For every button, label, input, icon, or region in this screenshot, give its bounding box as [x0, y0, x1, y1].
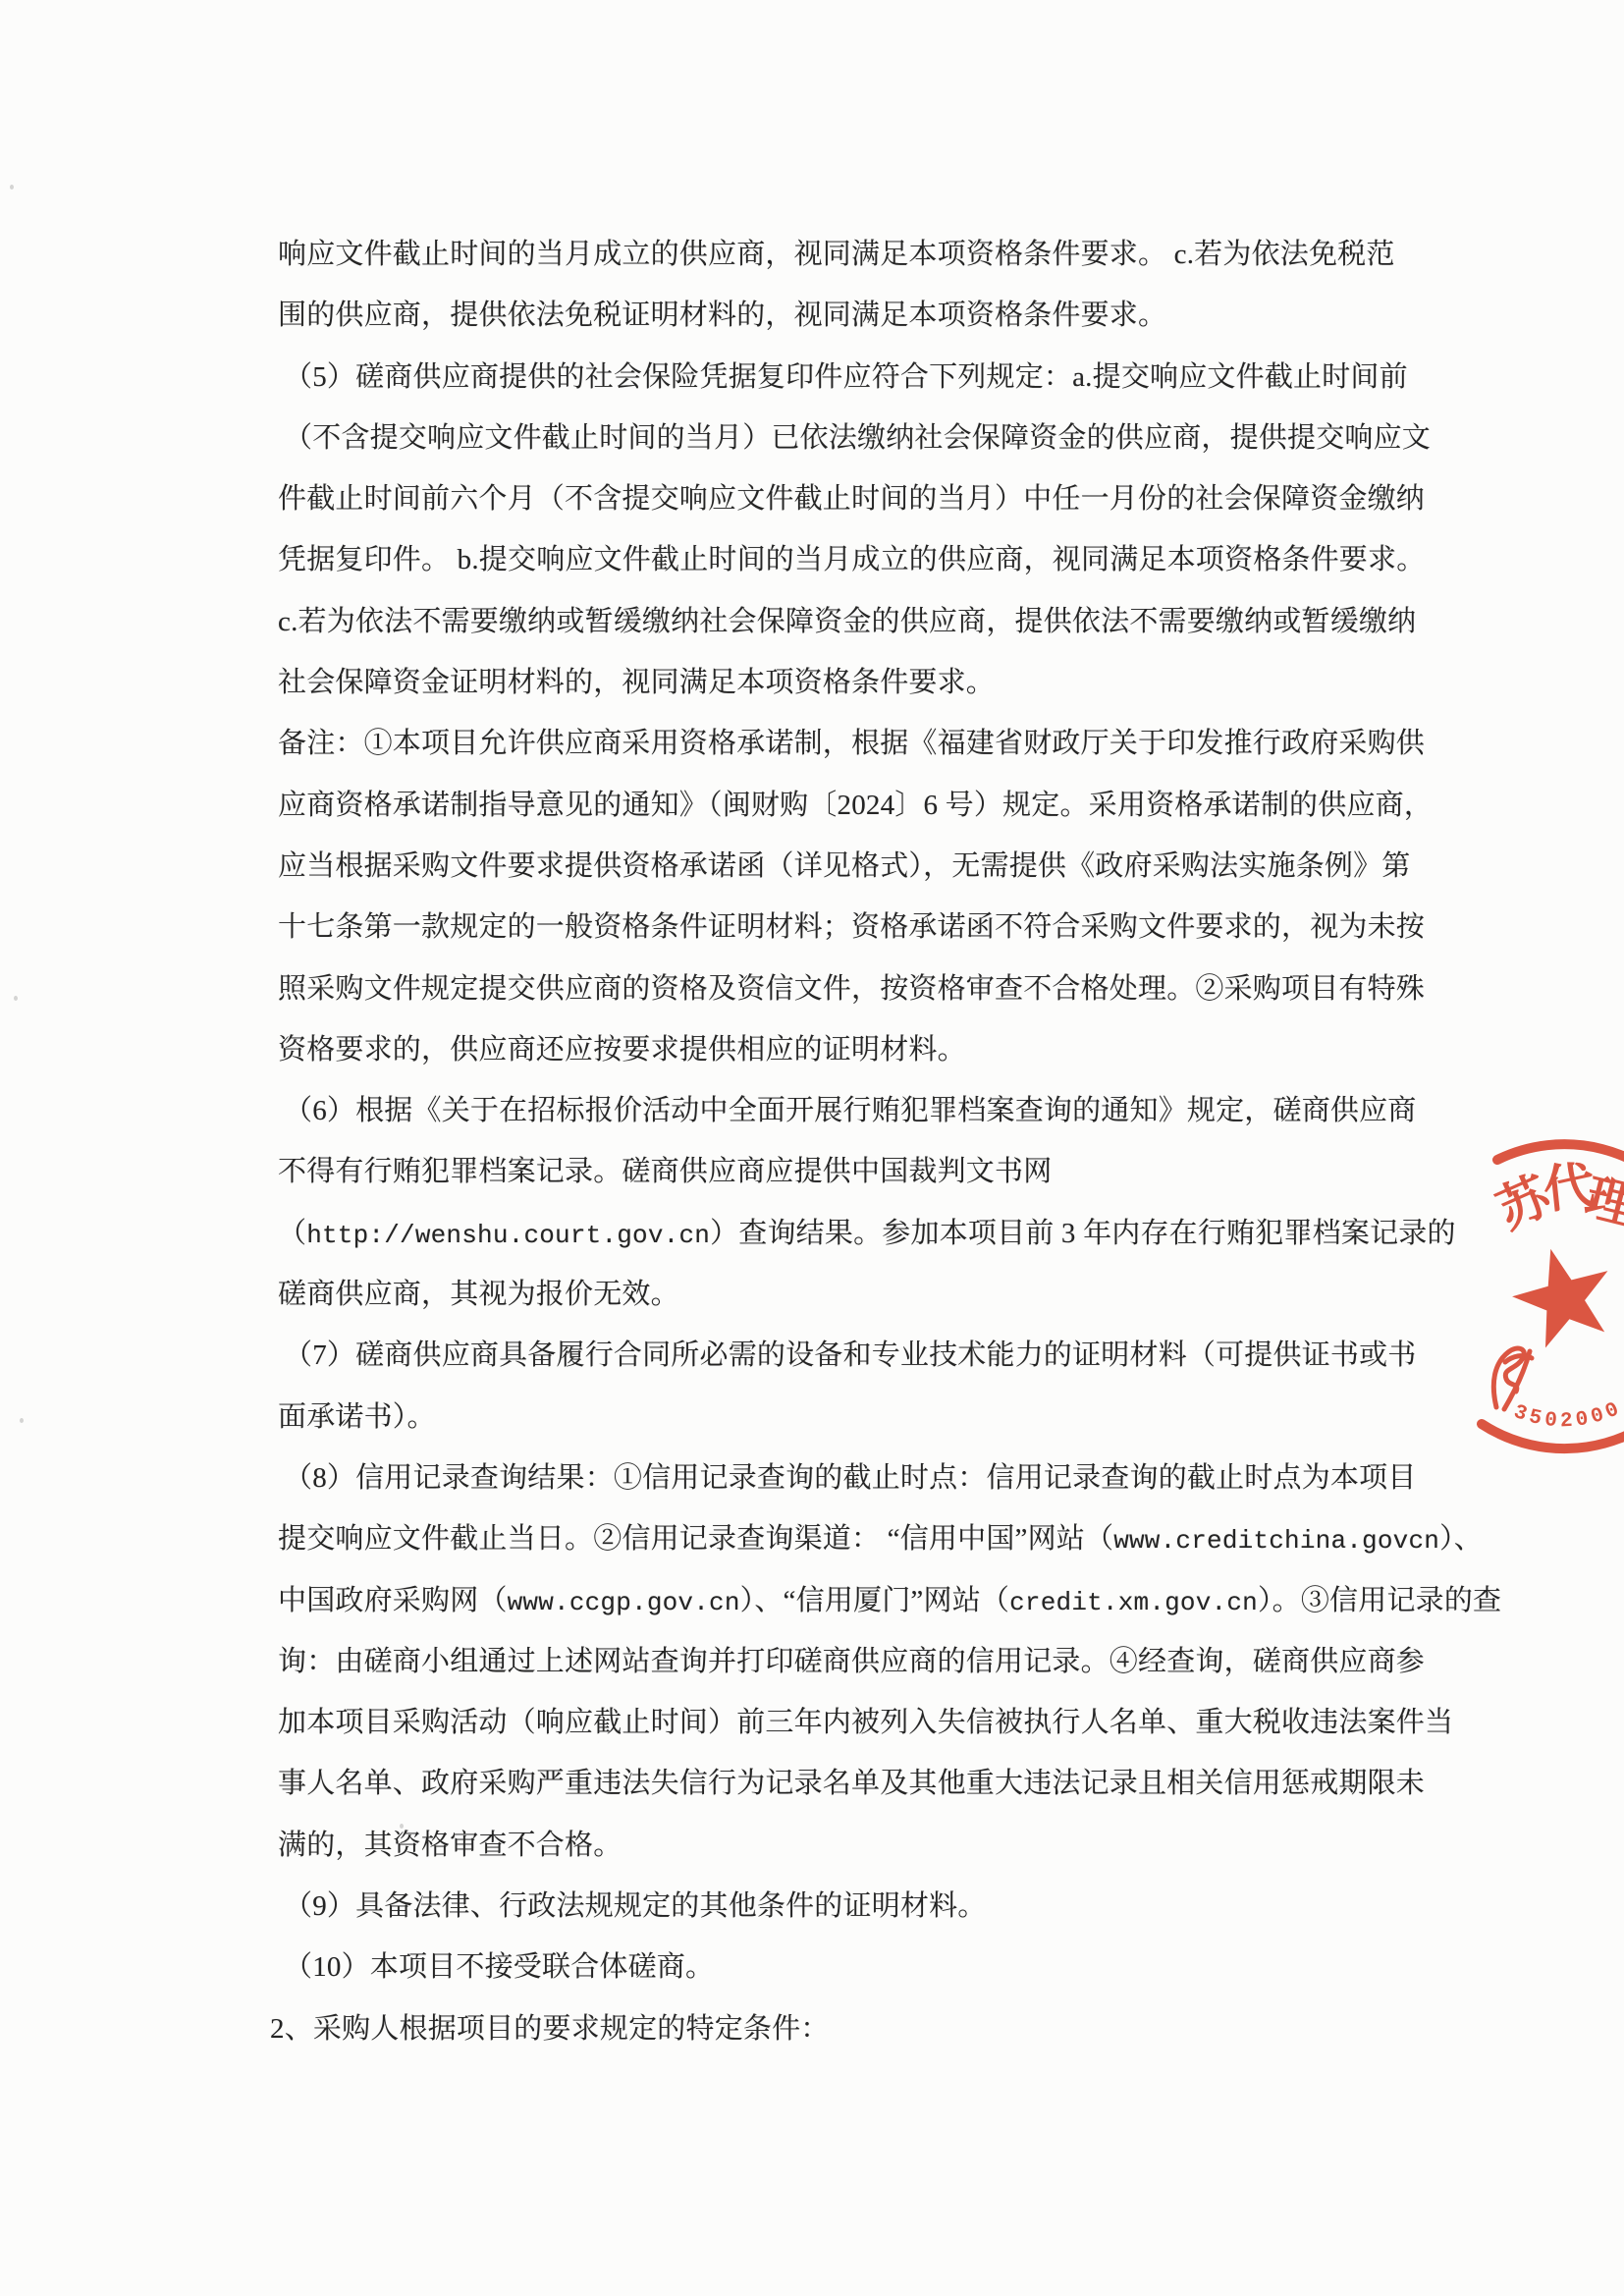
text-line: （7）磋商供应商具备履行合同所必需的设备和专业技术能力的证明材料（可提供证书或书 — [284, 1325, 1466, 1386]
text-line: 应当根据采购文件要求提供资格承诺函（详见格式），无需提供《政府采购法实施条例》第 — [278, 836, 1466, 897]
text-segment-url: www.ccgp.gov.cn — [508, 1588, 740, 1617]
text-segment: 响应文件截止时间的当月成立的供应商，视同满足本项资格条件要求。 c.若为依法免税… — [278, 239, 1395, 270]
text-segment: （10）本项目不接受联合体磋商。 — [284, 1951, 714, 1983]
seal-star-icon — [1503, 1236, 1623, 1353]
text-segment: 询：由磋商小组通过上述网站查询并打印磋商供应商的信用记录。④经查询，磋商供应商参 — [278, 1646, 1425, 1677]
scan-speck — [14, 996, 18, 1001]
seal-serial-number: 3502000 — [1510, 1397, 1624, 1434]
text-segment: 应商资格承诺制指导意见的通知》（闽财购〔2024〕6 号）规定。采用资格承诺制的… — [278, 790, 1433, 821]
text-line: （http://wenshu.court.gov.cn）查询结果。参加本项目前 … — [278, 1203, 1466, 1264]
text-line: 加本项目采购活动（响应截止时间）前三年内被列入失信被执行人名单、重大税收违法案件… — [278, 1692, 1466, 1753]
text-segment: （ — [278, 1218, 306, 1249]
text-segment: 提交响应文件截止当日。②信用记录查询渠道： “信用中国”网站（ — [278, 1523, 1113, 1555]
text-line: 凭据复印件。 b.提交响应文件截止时间的当月成立的供应商，视同满足本项资格条件要… — [278, 529, 1466, 590]
text-line: 响应文件截止时间的当月成立的供应商，视同满足本项资格条件要求。 c.若为依法免税… — [278, 224, 1466, 285]
text-segment: （8）信用记录查询结果：①信用记录查询的截止时点：信用记录查询的截止时点为本项目 — [284, 1462, 1417, 1494]
text-line: 2、采购人根据项目的要求规定的特定条件： — [270, 1998, 1466, 2059]
text-segment: ）。③信用记录的查 — [1258, 1585, 1501, 1616]
seal-cursive-mark — [1493, 1348, 1532, 1409]
text-line: 资格要求的，供应商还应按要求提供相应的证明材料。 — [278, 1019, 1466, 1080]
text-line: 件截止时间前六个月（不含提交响应文件截止时间的当月）中任一月份的社会保障资金缴纳 — [278, 468, 1466, 529]
text-segment-url: http://wenshu.court.gov.cn — [306, 1221, 710, 1250]
text-segment: 中国政府采购网（ — [278, 1585, 508, 1616]
text-line: （10）本项目不接受联合体磋商。 — [284, 1937, 1466, 1997]
text-segment: 磋商供应商，其视为报价无效。 — [278, 1279, 679, 1310]
text-segment: 事人名单、政府采购严重违法失信行为记录名单及其他重大违法记录且相关信用惩戒期限未 — [278, 1768, 1425, 1799]
text-segment: 满的，其资格审查不合格。 — [278, 1830, 622, 1861]
text-line: 面承诺书）。 — [278, 1387, 1466, 1448]
text-segment: 凭据复印件。 b.提交响应文件截止时间的当月成立的供应商，视同满足本项资格条件要… — [278, 544, 1425, 575]
text-segment: 备注：①本项目允许供应商采用资格承诺制，根据《福建省财政厅关于印发推行政府采购供 — [278, 728, 1425, 759]
text-line: 中国政府采购网（www.ccgp.gov.cn）、“信用厦门”网站（credit… — [278, 1570, 1466, 1631]
scan-speck — [20, 1418, 24, 1423]
text-segment: ）、“信用厦门”网站（ — [740, 1585, 1009, 1616]
text-line: 围的供应商，提供依法免税证明材料的，视同满足本项资格条件要求。 — [278, 285, 1466, 346]
text-line: 社会保障资金证明材料的，视同满足本项资格条件要求。 — [278, 652, 1466, 713]
text-segment: 件截止时间前六个月（不含提交响应文件截止时间的当月）中任一月份的社会保障资金缴纳 — [278, 483, 1425, 515]
text-segment: 围的供应商，提供依法免税证明材料的，视同满足本项资格条件要求。 — [278, 300, 1166, 331]
text-segment: 照采购文件规定提交供应商的资格及资信文件，按资格审查不合格处理。②采购项目有特殊 — [278, 973, 1425, 1005]
text-segment: （6）根据《关于在招标报价活动中全面开展行贿犯罪档案查询的通知》规定，磋商供应商 — [284, 1095, 1417, 1126]
text-segment: ）、 — [1439, 1523, 1483, 1555]
text-line: 提交响应文件截止当日。②信用记录查询渠道： “信用中国”网站（www.credi… — [278, 1508, 1466, 1569]
document-text: 响应文件截止时间的当月成立的供应商，视同满足本项资格条件要求。 c.若为依法免税… — [278, 224, 1466, 2059]
text-line: 十七条第一款规定的一般资格条件证明材料；资格承诺函不符合采购文件要求的，视为未按 — [278, 897, 1466, 957]
text-line: 应商资格承诺制指导意见的通知》（闽财购〔2024〕6 号）规定。采用资格承诺制的… — [278, 775, 1466, 836]
text-line: 询：由磋商小组通过上述网站查询并打印磋商供应商的信用记录。④经查询，磋商供应商参 — [278, 1631, 1466, 1692]
text-segment-url: www.creditchina.govcn — [1113, 1526, 1439, 1556]
text-segment: ）查询结果。参加本项目前 3 年内存在行贿犯罪档案记录的 — [710, 1218, 1456, 1249]
text-line: 磋商供应商，其视为报价无效。 — [278, 1264, 1466, 1325]
text-line: 满的，其资格审查不合格。 — [278, 1815, 1466, 1876]
text-segment: （5）磋商供应商提供的社会保险凭据复印件应符合下列规定：a.提交响应文件截止时间… — [284, 361, 1408, 393]
text-line: 备注：①本项目允许供应商采用资格承诺制，根据《福建省财政厅关于印发推行政府采购供 — [278, 713, 1466, 774]
text-segment-url: credit.xm.gov.cn — [1009, 1588, 1258, 1617]
text-line: 事人名单、政府采购严重违法失信行为记录名单及其他重大违法记录且相关信用惩戒期限未 — [278, 1753, 1466, 1814]
text-segment: 应当根据采购文件要求提供资格承诺函（详见格式），无需提供《政府采购法实施条例》第 — [278, 850, 1411, 882]
scan-speck — [10, 185, 14, 190]
text-segment: （9）具备法律、行政法规规定的其他条件的证明材料。 — [284, 1890, 987, 1922]
text-line: （9）具备法律、行政法规规定的其他条件的证明材料。 — [284, 1876, 1466, 1937]
text-segment: （7）磋商供应商具备履行合同所必需的设备和专业技术能力的证明材料（可提供证书或书 — [284, 1339, 1417, 1371]
text-line: 照采购文件规定提交供应商的资格及资信文件，按资格审查不合格处理。②采购项目有特殊 — [278, 958, 1466, 1019]
text-line: 不得有行贿犯罪档案记录。磋商供应商应提供中国裁判文书网 — [278, 1141, 1466, 1202]
text-line: （不含提交响应文件截止时间的当月）已依法缴纳社会保障资金的供应商，提供提交响应文 — [284, 408, 1466, 468]
text-segment: 2、采购人根据项目的要求规定的特定条件： — [270, 2013, 830, 2045]
text-segment: 资格要求的，供应商还应按要求提供相应的证明材料。 — [278, 1034, 966, 1066]
text-line: c.若为依法不需要缴纳或暂缓缴纳社会保障资金的供应商，提供依法不需要缴纳或暂缓缴… — [278, 591, 1466, 652]
seal-serial-digits: 3502000 — [1510, 1397, 1624, 1434]
text-segment: 加本项目采购活动（响应截止时间）前三年内被列入失信被执行人名单、重大税收违法案件… — [278, 1707, 1453, 1738]
text-segment: 十七条第一款规定的一般资格条件证明材料；资格承诺函不符合采购文件要求的，视为未按 — [278, 911, 1425, 943]
official-red-seal-stamp: 苏 代 理 3502000 — [1394, 1120, 1624, 1483]
scanned-document-page: 响应文件截止时间的当月成立的供应商，视同满足本项资格条件要求。 c.若为依法免税… — [0, 0, 1624, 2296]
text-line: （8）信用记录查询结果：①信用记录查询的截止时点：信用记录查询的截止时点为本项目 — [284, 1448, 1466, 1508]
text-segment: 社会保障资金证明材料的，视同满足本项资格条件要求。 — [278, 667, 995, 698]
text-segment: （不含提交响应文件截止时间的当月）已依法缴纳社会保障资金的供应商，提供提交响应文 — [284, 422, 1431, 454]
text-line: （5）磋商供应商提供的社会保险凭据复印件应符合下列规定：a.提交响应文件截止时间… — [284, 347, 1466, 408]
text-segment: c.若为依法不需要缴纳或暂缓缴纳社会保障资金的供应商，提供依法不需要缴纳或暂缓缴… — [278, 606, 1416, 637]
text-segment: 不得有行贿犯罪档案记录。磋商供应商应提供中国裁判文书网 — [278, 1156, 1052, 1187]
text-line: （6）根据《关于在招标报价活动中全面开展行贿犯罪档案查询的通知》规定，磋商供应商 — [284, 1080, 1466, 1141]
scan-speck — [400, 1824, 404, 1829]
text-segment: 面承诺书）。 — [278, 1401, 436, 1433]
